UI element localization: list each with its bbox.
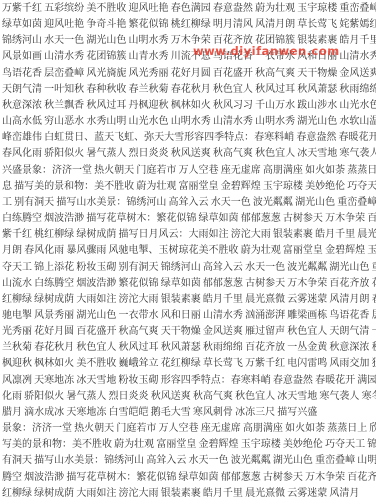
- text-line: 红柳绿 绿树成荫 大雨如注 滂沱大雨 银装素裹 皓月千里 晨光熹微 云雾迷蒙 风…: [2, 486, 376, 500]
- text-line: 红柳绿 绿树成荫 大雨如注 滂沱大雨 银装素裹 皓月千里 晨光熹微 云雾迷蒙 风…: [2, 292, 376, 308]
- text-line: 工 别有洞天 描写山水美景：锦绣河山 高耸入云 水天一色 波光粼粼 湖光山色 重…: [2, 195, 376, 211]
- text-line: 春风化雨 骄阳似火 暑气蒸人 烈日炎炎 秋风送爽 秋高气爽 秋色宜人 冰天雪地 …: [2, 146, 376, 162]
- text-line: 山高水低 穷山恶水 水秀山明 山光水色 山明水秀 山清水秀 山明水秀 湖光山色 …: [2, 114, 376, 130]
- text-line: 锦绣河山 水天一色 湖光山色 山明水秀 万木争荣 百花齐放 花团锦簇 银装素裹 …: [2, 33, 376, 49]
- text-line: 景象：济济一堂 热火朝天 门庭若市 万人空巷 座无虚席 高朋满座 如火如荼 蒸蒸…: [2, 421, 376, 437]
- text-line: 白练腾空 烟波浩渺 描写花草树木：繁花似锦 绿草如茵 郁郁葱葱 古树参天 万木争…: [2, 211, 376, 227]
- document-page: 万紫千红 五彩缤纷 美不胜收 迎风吐艳 春色满园 春意盎然 蔚为壮观 玉宇琼楼 …: [0, 0, 376, 500]
- text-line: 鸟语花香 层峦叠嶂 风光旖旎 风光秀丽 花好月圆 百花盛开 秋高气爽 天干物燥 …: [2, 66, 376, 82]
- text-line: 枫迎秋 枫林如火 美不胜收 巍峨耸立 花红柳绿 草长莺飞 万紫千红 电闪雷鸣 风…: [2, 356, 376, 372]
- text-line: 化雨 骄阳似火 暑气蒸人 烈日炎炎 秋风送爽 秋高气爽 秋色宜人 冰天雪地 寒气…: [2, 389, 376, 405]
- text-line: 兴盛景象：济济一堂 热火朝天 门庭若市 万人空巷 座无虚席 高朋满座 如火如荼 …: [2, 163, 376, 179]
- text-line: 腾空 烟波浩渺 描写花草树木：繁花似锦 绿草如茵 郁郁葱葱 古树参天 万木争荣 …: [2, 470, 376, 486]
- text-line: 有洞天 描写山水美景：锦绣河山 高耸入云 水天一色 波光粼粼 湖光山色 重峦叠嶂…: [2, 453, 376, 469]
- text-line: 息 描写美的景和物：美不胜收 蔚为壮观 富丽堂皇 金碧辉煌 玉宇琼楼 美妙绝伦 …: [2, 179, 376, 195]
- text-line: 风景如画 山清水秀 花团锦簇 山青水秀 川流不息 鸟语花香 一衣带水 风和日丽 …: [2, 49, 376, 65]
- text-line: 山流水 白练腾空 烟波浩渺 繁花似锦 绿草如茵 郁郁葱葱 古树参天 万木争荣 百…: [2, 276, 376, 292]
- text-line: 天朗气清 一叶知秋 春种秋收 春兰秋菊 春花秋月 秋色宜人 秋风过耳 秋风萧瑟 …: [2, 82, 376, 98]
- text-line: 万紫千红 五彩缤纷 美不胜收 迎风吐艳 春色满园 春意盎然 蔚为壮观 玉宇琼楼 …: [2, 1, 376, 17]
- document-body: 万紫千红 五彩缤纷 美不胜收 迎风吐艳 春色满园 春意盎然 蔚为壮观 玉宇琼楼 …: [0, 0, 376, 500]
- text-line: 紫千红 桃红柳绿 绿树成荫 描写日月风云：大雨如注 滂沱大雨 银装素裹 皓月千里…: [2, 227, 376, 243]
- text-line: 腊月 滴水成冰 天寒地冻 白雪皑皑 鹅毛大雪 寒风刺骨 冰冻三尺 描写兴盛: [2, 405, 376, 421]
- text-line: 写美的景和物：美不胜收 蔚为壮观 富丽堂皇 金碧辉煌 玉宇琼楼 美妙绝伦 巧夺天…: [2, 437, 376, 453]
- text-line: 夺天工 锦上添花 粉妆玉砌 别有洞天 锦绣河山 高耸入云 水天一色 波光粼粼 湖…: [2, 260, 376, 276]
- text-line: 秋意深浓 秋兰飘香 秋风过耳 丹枫迎秋 枫林如火 秋风习习 千山万水 跋山涉水 …: [2, 98, 376, 114]
- text-line: 风凛冽 天寒地冻 冰天雪地 粉妆玉砌 形容四季特点：春寒料峭 春意盎然 春暖花开…: [2, 373, 376, 389]
- text-line: 绿草如茵 迎风吐艳 争奇斗艳 繁花似锦 桃红柳绿 明月清风 风清月朗 草长莺飞 …: [2, 17, 376, 33]
- text-line: 峰峦雄伟 白虹贯日、蓝天飞虹、弥天大雪形容四季特点：春寒料峭 春意盎然 春暖花开: [2, 130, 376, 146]
- text-line: 兰秋菊 春花秋月 秋色宜人 秋风过耳 秋风萧瑟 秋雨绵绵 百花齐放 一丛金黄 秋…: [2, 340, 376, 356]
- text-line: 驰电掣 风景秀丽 湖光山色 一衣带水 风和日丽 山清水秀 汹涌澎湃 雕梁画栋 鸟…: [2, 308, 376, 324]
- text-line: 月朗 春风化雨 暴风骤雨 风驰电掣、玉树琼花美不胜收 蔚为壮观 富丽堂皇 金碧辉…: [2, 243, 376, 259]
- text-line: 光秀丽 花好月圆 百花盛开 秋高气爽 天干物燥 金风送爽 雁过留声 秋色宜人 天…: [2, 324, 376, 340]
